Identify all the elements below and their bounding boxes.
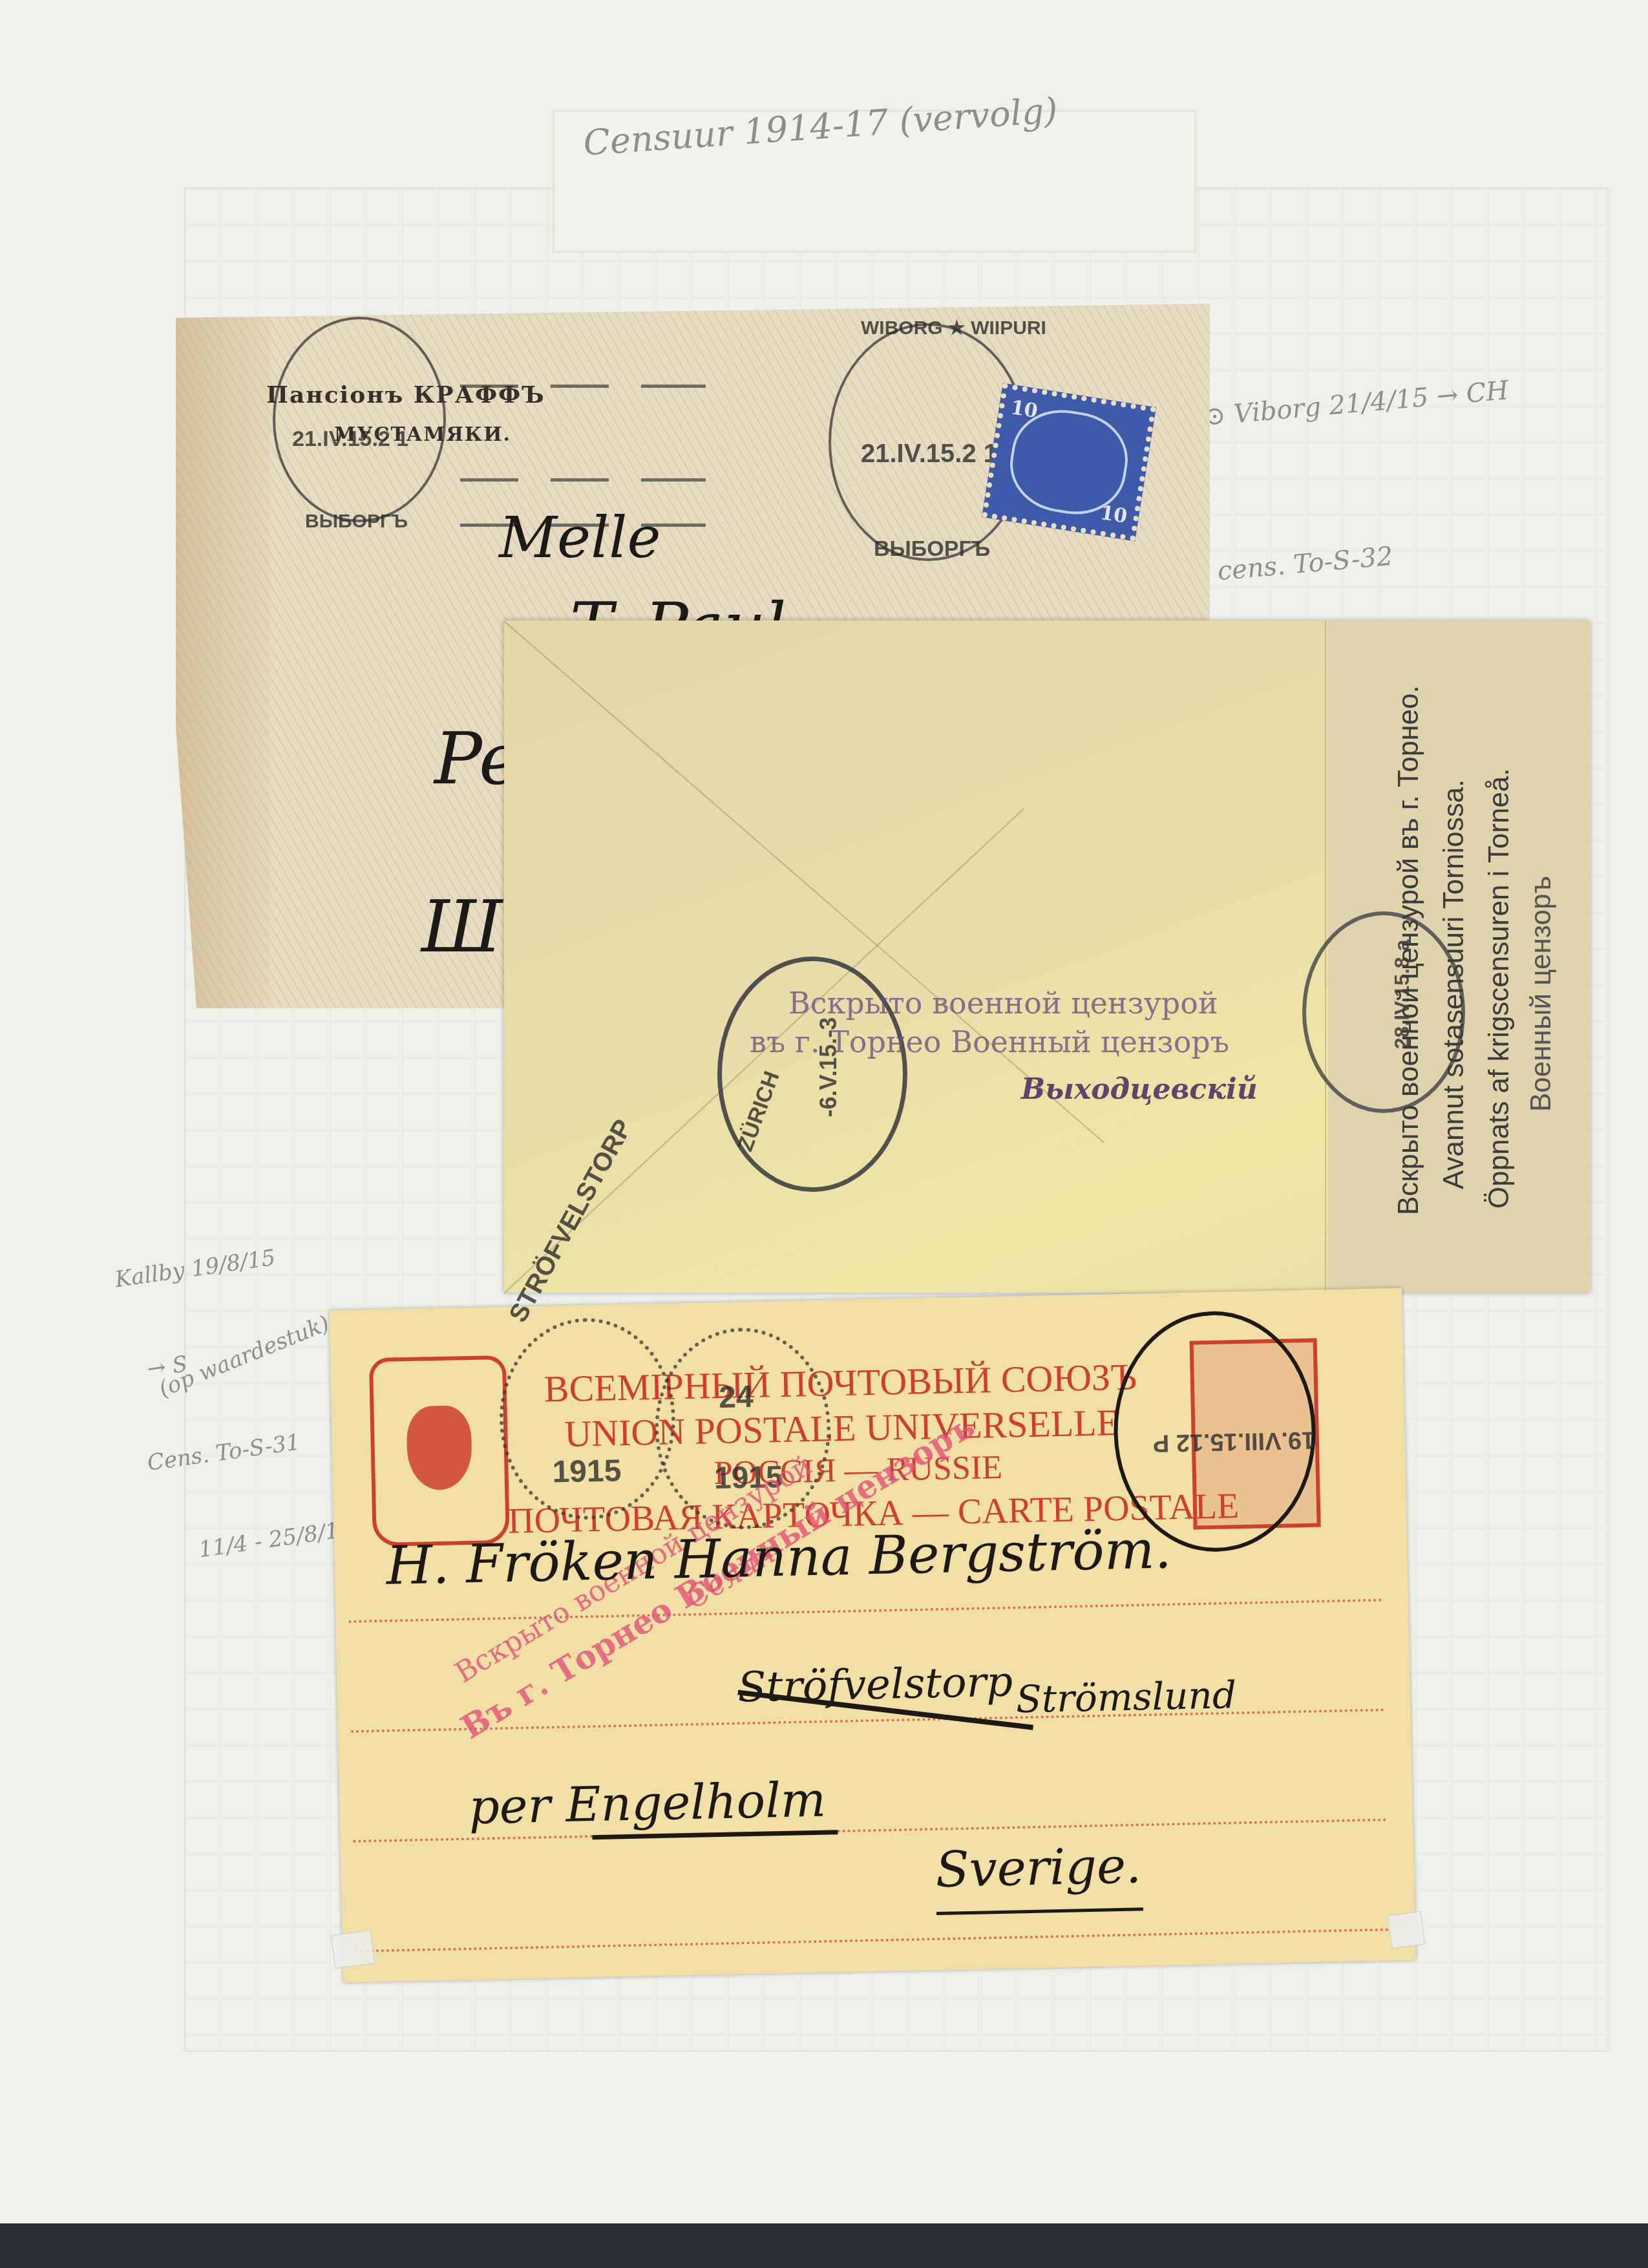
note-line: 11/4 - 25/8/16 (152, 1513, 355, 1572)
censor-label-ru: Вскрыто военной цензурой въ г. Торнео. (1393, 685, 1425, 1215)
address-rule (355, 1928, 1389, 1953)
underline (936, 1907, 1143, 1915)
cancel-bar (551, 478, 609, 482)
mount-corner (1388, 1911, 1426, 1949)
address-line-4: Sverige. (935, 1836, 1142, 1898)
postmark-left-date: 21.IV.15.2 1 (292, 427, 408, 452)
postmark-left-bottom: ВЫБОРГЪ (305, 511, 408, 533)
postmark-right-bottom: ВЫБОРГЪ (874, 536, 990, 562)
envelope-flap (504, 620, 1326, 1293)
address-line-2-struck: Ströfvelstorp (737, 1658, 1013, 1712)
note-line: cens. To-S-32 (1215, 519, 1524, 597)
address-line-2: Strömslund (1015, 1673, 1236, 1721)
censor-label-fi: Avannut sotasensuuri Torniossa. (1438, 779, 1470, 1189)
cancel-bar (641, 385, 706, 388)
note-line: Kallby 19/8/15 (113, 1236, 316, 1295)
address-line: Melle (499, 504, 661, 571)
cover-back-torneo-censor[interactable]: -6.V.15.-3 ZÜRICH Вскрыто военной цензур… (504, 620, 1590, 1293)
postmark-year: 1915 (552, 1453, 622, 1490)
kallby-postmark-date: 19.VIII.15.12 P (1152, 1426, 1315, 1457)
stamp-value: 10 (1009, 396, 1039, 423)
note-line: Cens. To-S-31 (139, 1421, 342, 1480)
censor-label-strip: 28.IV.15.8 a Вскрыто военной цензурой въ… (1328, 620, 1590, 1293)
cancel-bar (460, 385, 518, 388)
cancel-bar (551, 385, 609, 388)
strofvelstorp-postmark-1 (498, 1316, 677, 1521)
postmark-day: 24 (719, 1379, 754, 1415)
eagle-icon (406, 1405, 472, 1490)
blue-10-kopek-stamp: 10 10 (982, 383, 1156, 542)
censor-label-sv: Öppnats af krigscensuren i Torneå. (1483, 768, 1516, 1209)
censor-name: Выходцевскій (1021, 1073, 1258, 1106)
address-rule (348, 1598, 1382, 1623)
imperial-eagle-emblem (369, 1355, 510, 1547)
note-line: ⊙ Viborg 21/4/15 → CH (1201, 365, 1510, 443)
address-line-3: per Engelholm (469, 1772, 827, 1836)
violet-censor-line: Вскрыто военной цензурой (788, 986, 1218, 1021)
postmark-left (273, 317, 446, 522)
mount-corner (331, 1930, 375, 1969)
censor-label-signature: Военный цензоръ (1525, 876, 1558, 1112)
stain (176, 304, 269, 1008)
stamp-value: 10 (1099, 502, 1129, 528)
postmark-right-date: 21.IV.15.2 1 (861, 440, 998, 469)
violet-censor-line: въ г. Торнео Военный цензоръ (750, 1024, 1229, 1059)
cancel-bar (641, 478, 706, 482)
postal-card-kallby[interactable]: ВСЕМІРНЫЙ ПОЧТОВЫЙ СОЮЗЪ UNION POSTALE U… (329, 1288, 1415, 1983)
cancel-bar (460, 478, 518, 482)
scanner-background (0, 2223, 1648, 2268)
postmark-right-top: WIBORG ★ WIIPURI (861, 317, 1046, 339)
album-page: Censuur 1914-17 (vervolg) ⊙ Viborg 21/4/… (0, 0, 1648, 2223)
